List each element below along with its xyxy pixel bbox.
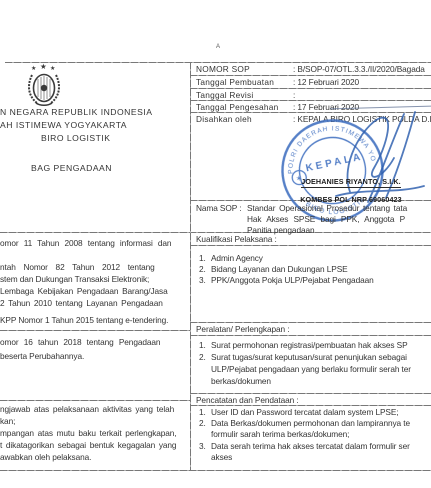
dasar-hukum-line: KPP Nomor 1 Tahun 2015 tentang e-tenderi… [0,315,188,325]
meta-label-nomor-sop: NOMOR SOP [196,64,250,74]
page-corner-mark: A [216,44,220,50]
pencatatan-heading: Pencatatan dan Pendataan : [196,395,299,405]
item-number: 2. [199,418,211,428]
svg-text:★: ★ [50,65,55,72]
pencatatan-section-line [190,393,431,394]
pencatatan-item: 2.Data Berkas/dokumen permohonan dan lam… [199,418,410,428]
table-column-divider [190,62,191,470]
meta-row-line [190,88,431,89]
kualifikasi-heading-line [190,245,431,246]
org-line-biro: BIRO LOGISTIK [41,133,111,143]
kualifikasi-heading: Kualifikasi Pelaksana : [196,234,277,244]
meta-row-line [190,100,431,101]
item-number: 1. [199,253,211,263]
meta-value-tanggal-revisi: : [293,90,295,100]
pencatatan-item: 1.User ID dan Password tercatat dalam sy… [199,407,399,417]
peringatan-line: mpangan atas mutu baku terkait perlengka… [0,428,188,438]
item-number: 3. [199,441,211,451]
kualifikasi-item: 2.Bidang Layanan dan Dukungan LPSE [199,264,348,274]
table-border-mid [0,232,431,233]
peralatan-section-line [190,322,431,323]
pencatatan-item: 3.Data serah terima hak akses tercatat d… [199,441,410,451]
item-text: Bidang Layanan dan Dukungan LPSE [211,264,348,274]
svg-text:★: ★ [40,62,47,71]
meta-label-tanggal-pengesahan: Tanggal Pengesahan [196,102,278,112]
dasar-hukum-section-line [0,330,190,331]
item-number: 2. [199,264,211,274]
item-number: 1. [199,407,211,417]
peringatan-line: awabkan oleh pelaksana. [0,452,188,462]
dasar-hukum-line: omor 11 Tahun 2008 tentang informasi dan [0,238,188,248]
peralatan-item-cont: ULP/Pejabat pengadaan yang berlaku formu… [211,364,411,374]
dasar-hukum-line: beserta Perubahannya. [0,351,188,361]
peralatan-item-cont: berkas/dokumen [211,376,271,386]
meta-label-tanggal-revisi: Tanggal Revisi [196,90,253,100]
peringatan-line: kan; [0,416,188,426]
dasar-hukum-line: ntah Nomor 82 Tahun 2012 tentang [0,262,188,272]
dasar-hukum-line: omor 16 tahun 2018 tentang Pengadaan [0,337,188,347]
item-text: Surat permohonan registrasi/pembuatan ha… [211,340,408,350]
svg-text:★: ★ [31,65,36,72]
pencatatan-item-cont: formulir sarah terima berkas/dokumen; [211,429,349,439]
peringatan-section-line [0,400,190,401]
pencatatan-item-cont: akses [211,452,232,462]
item-text: User ID dan Password tercatat dalam syst… [211,407,399,417]
nama-sop-line: Standar Operasional Prosedur tentang tat… [247,203,407,213]
meta-row-line [190,75,431,76]
meta-value-nomor-sop: : B/SOP-07/OTL.3.3./II/2020/Bagada [293,64,425,74]
table-border-bottom [0,470,431,471]
meta-label-tanggal-pembuatan: Tanggal Pembuatan [196,77,274,87]
meta-label-disahkan-oleh: Disahkan oleh [196,114,252,124]
item-number: 3. [199,275,211,285]
peralatan-heading: Peralatan/ Perlengkapan : [196,324,289,334]
item-text: Admin Agency [211,253,263,263]
nama-sop-line: Hak Akses SPSE bagi PPK, Anggota P [247,214,405,224]
item-number: 1. [199,340,211,350]
kualifikasi-item: 1.Admin Agency [199,253,263,263]
org-line-region: AH ISTIMEWA YOGYAKARTA [0,120,127,130]
item-number: 2. [199,352,211,362]
polri-emblem-icon: ★ ★ ★ [23,61,65,107]
meta-value-tanggal-pembuatan: : 12 Februari 2020 [293,77,359,87]
scanned-sop-document: A ★ ★ ★ N NEGARA REPUBLIK INDONESIA AH I… [0,0,431,488]
peralatan-item: 1.Surat permohonan registrasi/pembuatan … [199,340,408,350]
dasar-hukum-line: Lembaga Kebijakan Pengadaan Barang/Jasa [0,286,188,296]
signer-block: JOEHANIES RIYANTO, S.I.K. KOMBES POL NRP… [272,171,430,207]
peringatan-line: ngjawab atas pelaksanaan aktivitas yang … [0,404,188,414]
nama-sop-label: Nama SOP : [196,203,241,213]
kualifikasi-item: 3.PPK/Anggota Pokja ULP/Pejabat Pengadaa… [199,275,374,285]
item-text: Data Berkas/dokumen permohonan dan lampi… [211,418,410,428]
peralatan-item: 2.Surat tugas/surat keputusan/surat penu… [199,352,407,362]
peringatan-line: t dikatagorikan sebagai bentuk kegagalan… [0,440,188,450]
org-line-country: N NEGARA REPUBLIK INDONESIA [0,107,152,117]
org-line-bagian: BAG PENGADAAN [31,163,112,173]
item-text: Data serah terima hak akses tercatat dal… [211,441,410,451]
dasar-hukum-line: stem dan Dukungan Transaksi Elektronik; [0,274,188,284]
item-text: Surat tugas/surat keputusan/surat penunj… [211,352,407,362]
dasar-hukum-line: 2 Tahun 2010 tentang Layanan Pengadaan [0,298,188,308]
pencatatan-heading-line [190,405,431,406]
peralatan-heading-line [190,335,431,336]
table-border-top [5,62,431,63]
item-text: PPK/Anggota Pokja ULP/Pejabat Pengadaan [211,275,374,285]
signer-name: JOEHANIES RIYANTO, S.I.K. [301,177,401,188]
